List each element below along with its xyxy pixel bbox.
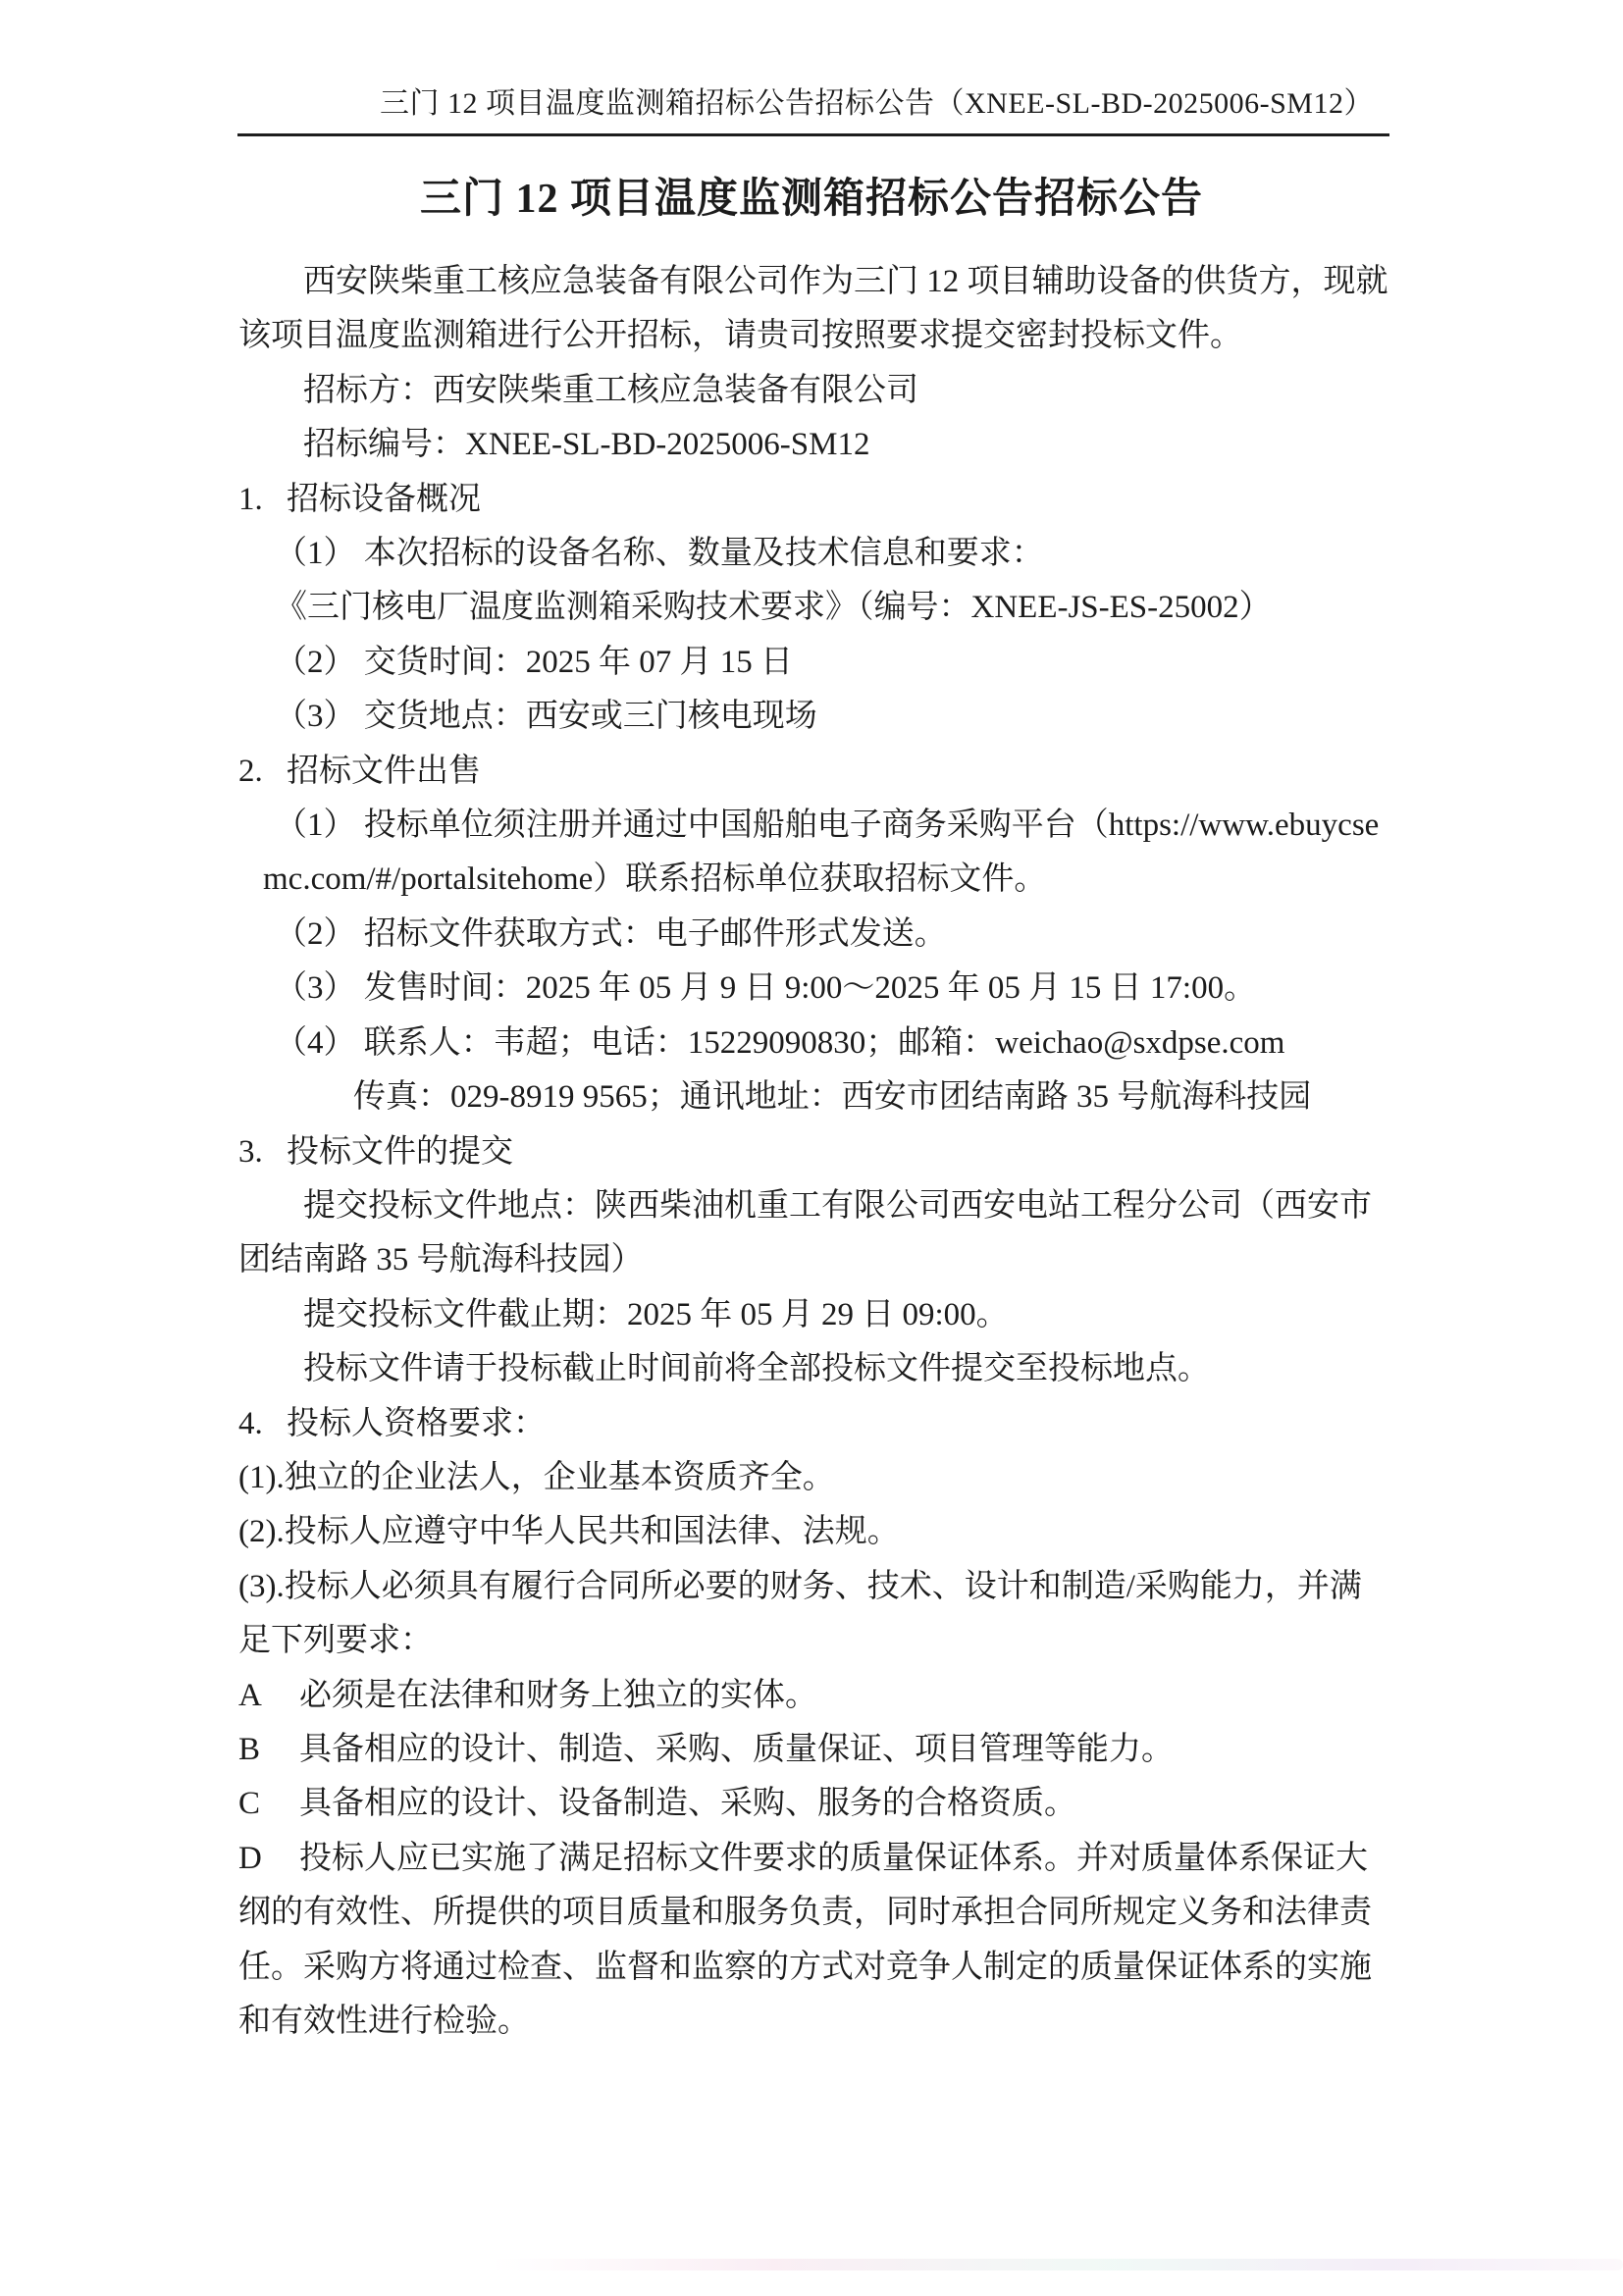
- line-text: （1） 投标单位须注册并通过中国船舶电子商务采购平台（https://www.e…: [275, 808, 1379, 843]
- section-2-heading: 2.招标文件出售: [238, 745, 1460, 799]
- section-4-item: (2).投标人应遵守中华人民共和国法律、法规。: [238, 1505, 1460, 1559]
- line-text: (3).投标人必须具有履行合同所必要的财务、技术、设计和制造/采购能力，并满: [238, 1569, 1362, 1604]
- list-marker: C: [238, 1777, 299, 1831]
- section-4-item: 足下列要求：: [238, 1614, 1460, 1668]
- line-text: (1).独立的企业法人，企业基本资质齐全。: [238, 1460, 835, 1495]
- qualification-item-b: B具备相应的设计、制造、采购、质量保证、项目管理等能力。: [238, 1723, 1460, 1777]
- section-2-item: （4） 联系人：韦超；电话：15229090830；邮箱：weichao@sxd…: [238, 1017, 1460, 1070]
- list-marker: 4.: [238, 1397, 287, 1451]
- line-text: （4） 联系人：韦超；电话：15229090830；邮箱：weichao@sxd…: [275, 1025, 1284, 1061]
- line-text: mc.com/#/portalsitehome）联系招标单位获取招标文件。: [263, 861, 1046, 897]
- section-3-heading: 3.投标文件的提交: [238, 1125, 1460, 1179]
- line-text: 招标编号：XNEE-SL-BD-2025006-SM12: [303, 427, 869, 462]
- line-text: （3） 交货地点：西安或三门核电现场: [275, 699, 817, 734]
- header-title: 三门 12 项目温度监测箱招标公告招标公告（XNEE-SL-BD-2025006…: [380, 84, 1374, 124]
- section-4-item: (1).独立的企业法人，企业基本资质齐全。: [238, 1451, 1460, 1505]
- tender-number-line: 招标编号：XNEE-SL-BD-2025006-SM12: [238, 418, 1460, 472]
- page-title: 三门 12 项目温度监测箱招标公告招标公告: [0, 167, 1623, 232]
- line-text: （2） 交货时间：2025 年 07 月 15 日: [275, 645, 793, 680]
- qualification-item-d-continuation: 纲的有效性、所提供的项目质量和服务负责，同时承担合同所规定义务和法律责: [238, 1886, 1460, 1940]
- section-4-item: (3).投标人必须具有履行合同所必要的财务、技术、设计和制造/采购能力，并满: [238, 1560, 1460, 1614]
- line-text: 提交投标文件截止期：2025 年 05 月 29 日 09:00。: [303, 1297, 1009, 1332]
- line-text: 和有效性进行检验。: [238, 2004, 530, 2039]
- line-text: 招标方：西安陕柴重工核应急装备有限公司: [303, 373, 918, 408]
- line-text: 西安陕柴重工核应急装备有限公司作为三门 12 项目辅助设备的供货方，现就: [303, 264, 1388, 299]
- section-2-item: mc.com/#/portalsitehome）联系招标单位获取招标文件。: [238, 853, 1460, 907]
- line-text: 任。采购方将通过检查、监督和监察的方式对竞争人制定的质量保证体系的实施: [238, 1950, 1372, 1985]
- list-marker: B: [238, 1723, 299, 1777]
- section-4-heading: 4.投标人资格要求：: [238, 1397, 1460, 1451]
- qualification-item-c: C具备相应的设计、设备制造、采购、服务的合格资质。: [238, 1777, 1460, 1831]
- list-marker: 1.: [238, 473, 287, 527]
- section-3-item: 投标文件请于投标截止时间前将全部投标文件提交至投标地点。: [238, 1342, 1460, 1396]
- line-text: 该项目温度监测箱进行公开招标，请贵司按照要求提交密封投标文件。: [238, 318, 1242, 353]
- line-text: 纲的有效性、所提供的项目质量和服务负责，同时承担合同所规定义务和法律责: [238, 1895, 1372, 1930]
- section-2-item: （1） 投标单位须注册并通过中国船舶电子商务采购平台（https://www.e…: [238, 799, 1460, 853]
- section-1-item: 《三门核电厂温度监测箱采购技术要求》（编号：XNEE-JS-ES-25002）: [238, 581, 1460, 635]
- list-marker: A: [238, 1669, 299, 1723]
- section-2-item: 传真：029-8919 9565；通讯地址：西安市团结南路 35 号航海科技园: [238, 1070, 1460, 1124]
- line-text: （3） 发售时间：2025 年 05 月 9 日 9:00～2025 年 05 …: [275, 970, 1256, 1006]
- line-text: 具备相应的设计、制造、采购、质量保证、项目管理等能力。: [299, 1732, 1174, 1767]
- list-marker: 3.: [238, 1125, 287, 1179]
- line-text: 投标文件的提交: [287, 1134, 513, 1170]
- line-text: 投标文件请于投标截止时间前将全部投标文件提交至投标地点。: [303, 1351, 1210, 1386]
- line-text: （2） 招标文件获取方式：电子邮件形式发送。: [275, 916, 947, 952]
- line-text: 足下列要求：: [238, 1623, 433, 1658]
- section-3-item: 提交投标文件地点：陕西柴油机重工有限公司西安电站工程分公司（西安市: [238, 1179, 1460, 1233]
- intro-paragraph-line: 西安陕柴重工核应急装备有限公司作为三门 12 项目辅助设备的供货方，现就: [238, 255, 1460, 309]
- line-text: 招标文件出售: [287, 754, 481, 789]
- line-text: 提交投标文件地点：陕西柴油机重工有限公司西安电站工程分公司（西安市: [303, 1188, 1372, 1224]
- line-text: 传真：029-8919 9565；通讯地址：西安市团结南路 35 号航海科技园: [353, 1079, 1311, 1115]
- intro-paragraph-line: 该项目温度监测箱进行公开招标，请贵司按照要求提交密封投标文件。: [238, 309, 1460, 363]
- qualification-item-a: A必须是在法律和财务上独立的实体。: [238, 1669, 1460, 1723]
- section-3-item: 提交投标文件截止期：2025 年 05 月 29 日 09:00。: [238, 1288, 1460, 1342]
- section-2-item: （3） 发售时间：2025 年 05 月 9 日 9:00～2025 年 05 …: [238, 962, 1460, 1016]
- list-marker: D: [238, 1832, 299, 1886]
- document-body: 西安陕柴重工核应急装备有限公司作为三门 12 项目辅助设备的供货方，现就 该项目…: [238, 255, 1460, 2049]
- qualification-item-d-continuation: 和有效性进行检验。: [238, 1995, 1460, 2049]
- scan-artifact-strip: [491, 2259, 1623, 2270]
- line-text: 团结南路 35 号航海科技园）: [238, 1242, 644, 1278]
- section-1-heading: 1.招标设备概况: [238, 473, 1460, 527]
- tenderer-line: 招标方：西安陕柴重工核应急装备有限公司: [238, 364, 1460, 418]
- qualification-item-d-continuation: 任。采购方将通过检查、监督和监察的方式对竞争人制定的质量保证体系的实施: [238, 1941, 1460, 1995]
- header-rule: [237, 133, 1389, 136]
- line-text: 招标设备概况: [287, 482, 481, 517]
- line-text: (2).投标人应遵守中华人民共和国法律、法规。: [238, 1514, 900, 1549]
- section-1-item: （2） 交货时间：2025 年 07 月 15 日: [238, 636, 1460, 690]
- line-text: （1） 本次招标的设备名称、数量及技术信息和要求：: [275, 536, 1044, 571]
- line-text: 必须是在法律和财务上独立的实体。: [299, 1678, 817, 1713]
- line-text: 投标人应已实施了满足招标文件要求的质量保证体系。并对质量体系保证大: [299, 1841, 1368, 1876]
- section-2-item: （2） 招标文件获取方式：电子邮件形式发送。: [238, 908, 1460, 962]
- section-1-item: （3） 交货地点：西安或三门核电现场: [238, 690, 1460, 744]
- line-text: 投标人资格要求：: [287, 1406, 546, 1441]
- list-marker: 2.: [238, 745, 287, 799]
- qualification-item-d: D投标人应已实施了满足招标文件要求的质量保证体系。并对质量体系保证大: [238, 1832, 1460, 1886]
- section-1-item: （1） 本次招标的设备名称、数量及技术信息和要求：: [238, 527, 1460, 581]
- line-text: 具备相应的设计、设备制造、采购、服务的合格资质。: [299, 1786, 1076, 1821]
- line-text: 《三门核电厂温度监测箱采购技术要求》（编号：XNEE-JS-ES-25002）: [275, 590, 1272, 625]
- document-page: 三门 12 项目温度监测箱招标公告招标公告（XNEE-SL-BD-2025006…: [0, 0, 1623, 2296]
- section-3-item: 团结南路 35 号航海科技园）: [238, 1233, 1460, 1287]
